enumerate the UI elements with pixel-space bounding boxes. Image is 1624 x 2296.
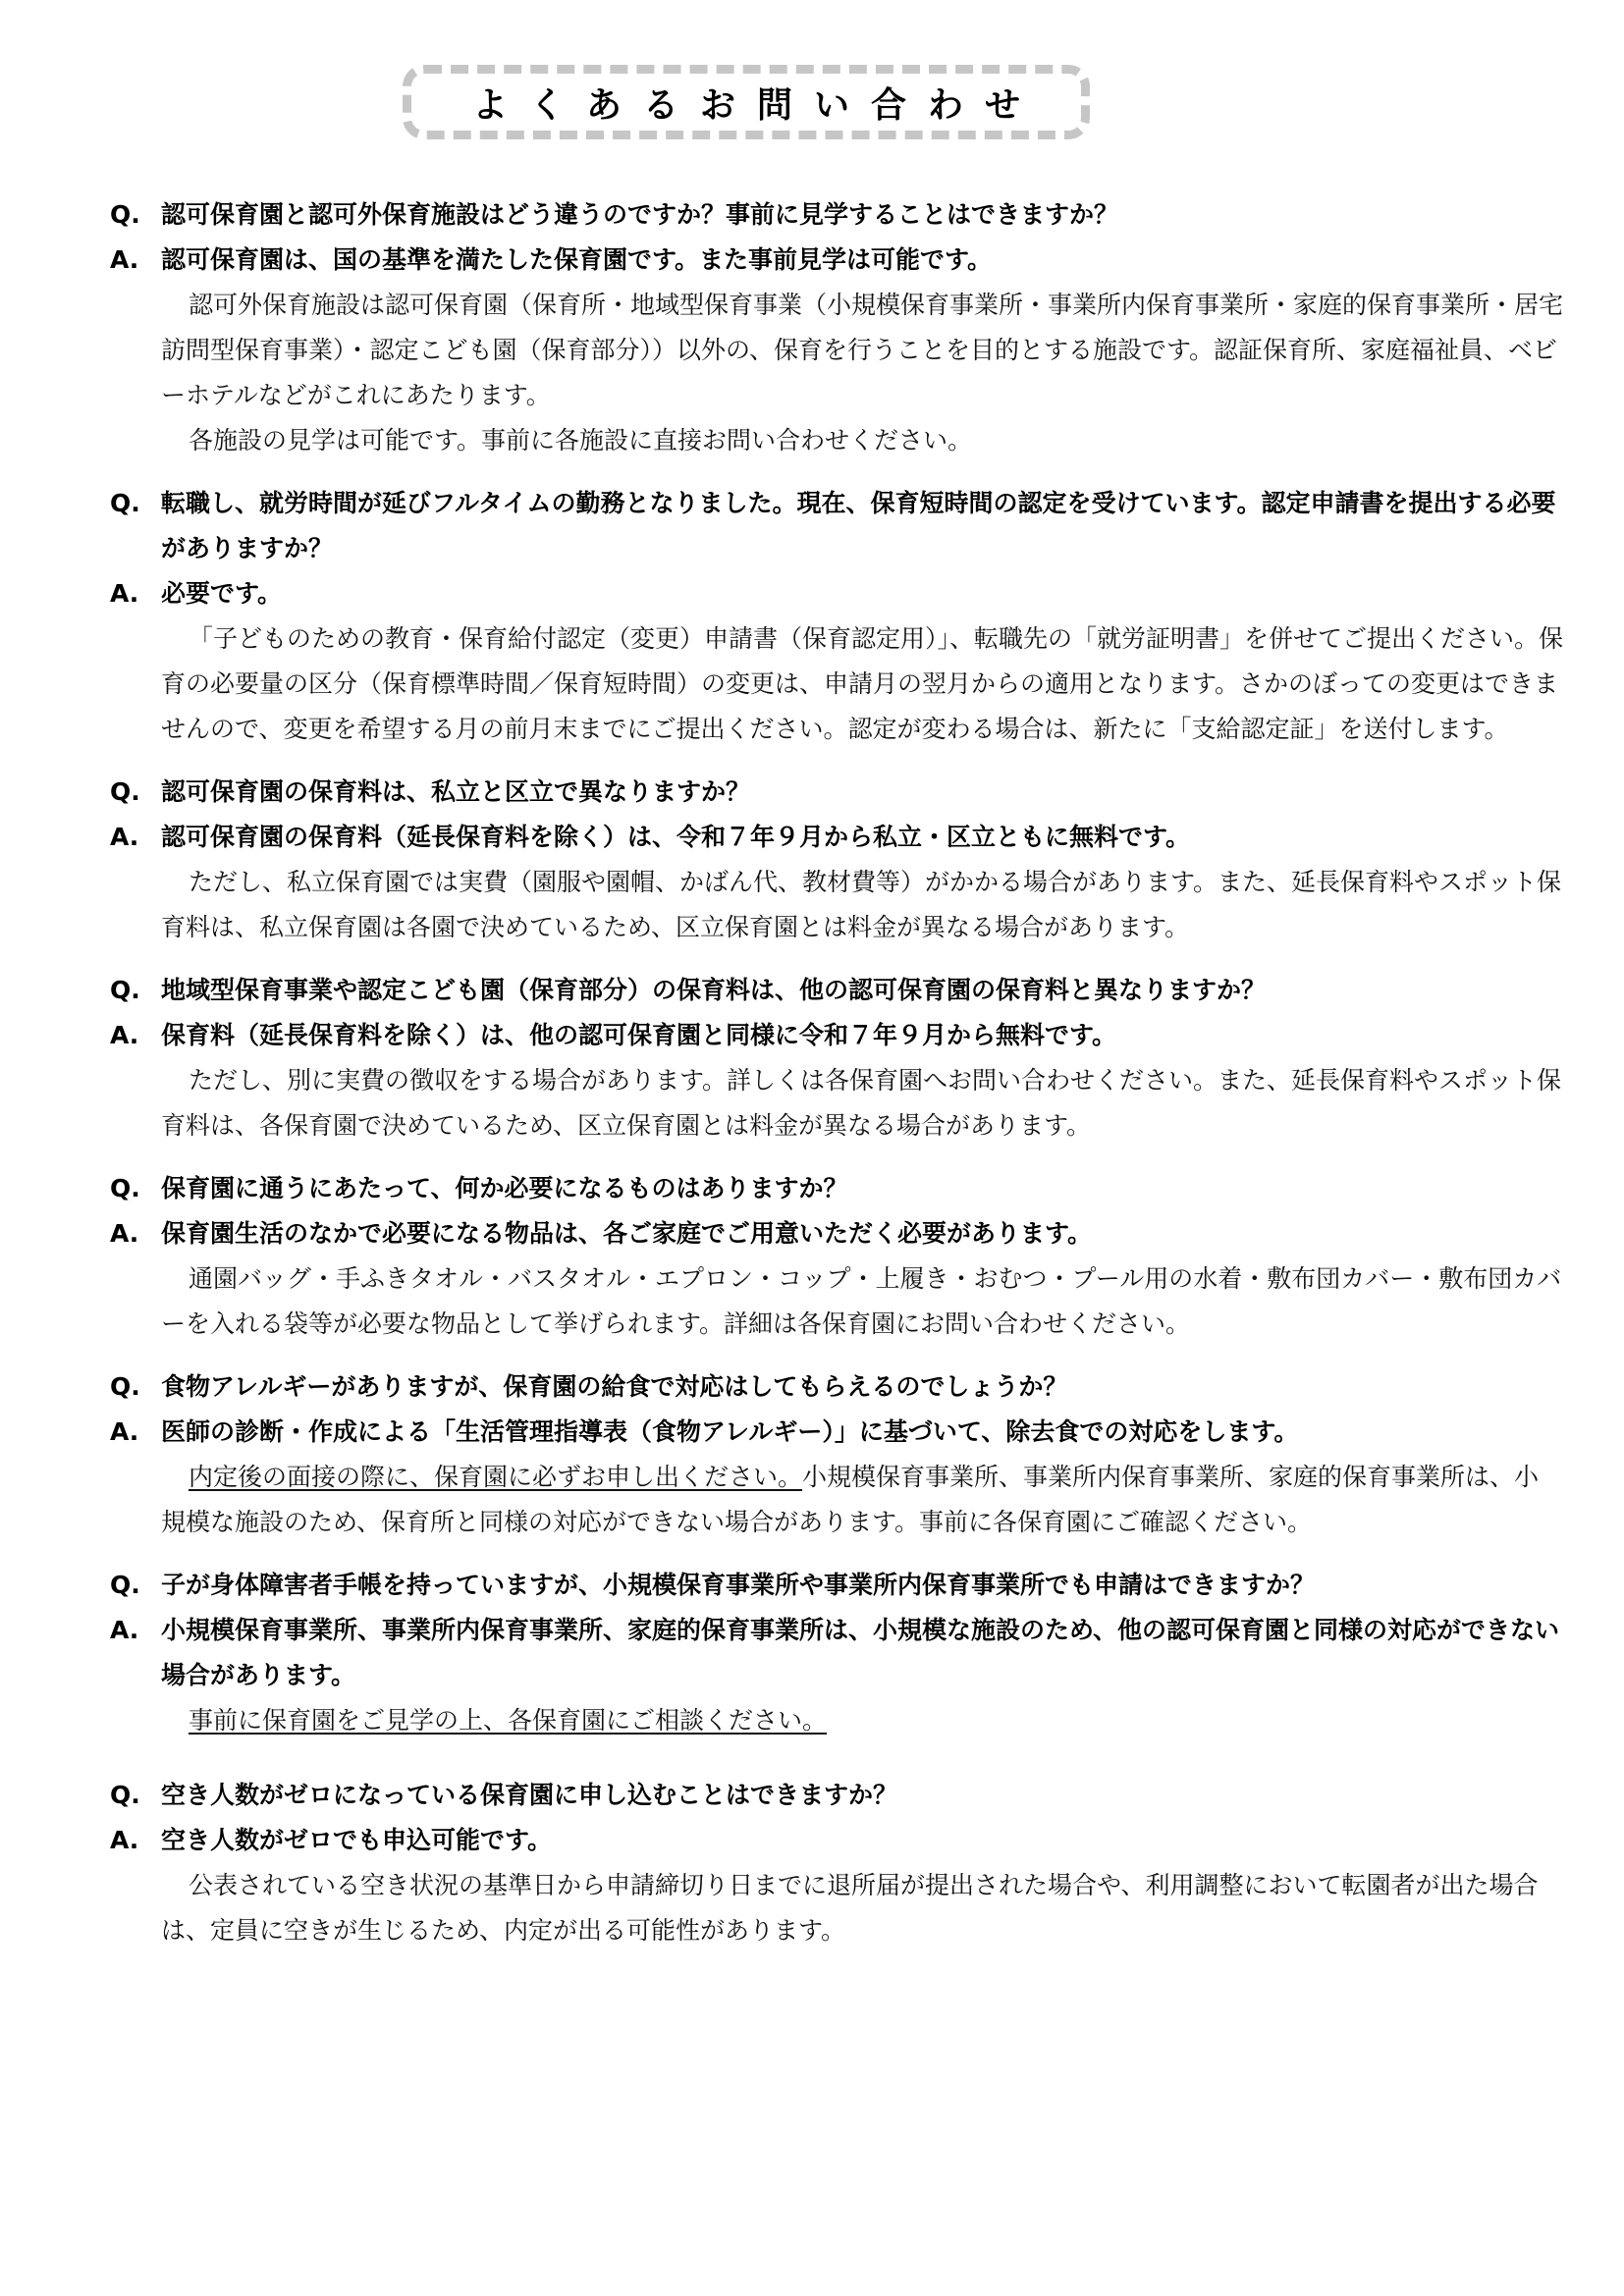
faq-item-7: Q. 子が身体障害者手帳を持っていますが、小規模保育事業所や事業所内保育事業所で…: [110, 1563, 1563, 1743]
answer-row: A. 医師の診断・作成による「生活管理指導表（食物アレルギー）」に基づいて、除去…: [110, 1410, 1563, 1455]
faq-item-8: Q. 空き人数がゼロになっている保育園に申し込むことはできますか？ A. 空き人…: [110, 1773, 1563, 1953]
q-mark: Q.: [110, 192, 161, 238]
faq-item-3: Q. 認可保育園の保育料は、私立と区立で異なりますか？ A. 認可保育園の保育料…: [110, 770, 1563, 950]
question-text: 認可保育園の保育料は、私立と区立で異なりますか？: [161, 770, 1563, 815]
faq-item-1: Q. 認可保育園と認可外保育施設はどう違うのですか？事前に見学することはできます…: [110, 192, 1563, 463]
page-title: よくあるお問い合わせ: [472, 78, 1042, 128]
question-row: Q. 保育園に通うにあたって、何か必要になるものはありますか？: [110, 1166, 1563, 1211]
q-mark: Q.: [110, 1166, 161, 1211]
answer-detail: 通園バッグ・手ふきタオル・バスタオル・エプロン・コップ・上履き・おむつ・プール用…: [161, 1256, 1563, 1347]
question-row: Q. 認可保育園の保育料は、私立と区立で異なりますか？: [110, 770, 1563, 815]
question-text: 認可保育園と認可外保育施設はどう違うのですか？事前に見学することはできますか？: [161, 192, 1563, 238]
a-mark: A.: [110, 1410, 161, 1455]
faq-item-2: Q. 転職し、就労時間が延びフルタイムの勤務となりました。現在、保育短時間の認定…: [110, 481, 1563, 752]
answer-detail: 認可外保育施設は認可保育園（保育所・地域型保育事業（小規模保育事業所・事業所内保…: [161, 283, 1563, 418]
question-row: Q. 子が身体障害者手帳を持っていますが、小規模保育事業所や事業所内保育事業所で…: [110, 1563, 1563, 1608]
answer-detail: 公表されている空き状況の基準日から申請締切り日までに退所届が提出された場合や、利…: [161, 1863, 1563, 1953]
question-text: 保育園に通うにあたって、何か必要になるものはありますか？: [161, 1166, 1563, 1211]
question-text: 食物アレルギーがありますが、保育園の給食で対応はしてもらえるのでしょうか？: [161, 1364, 1563, 1410]
question-text: 転職し、就労時間が延びフルタイムの勤務となりました。現在、保育短時間の認定を受け…: [161, 481, 1563, 571]
a-mark: A.: [110, 1211, 161, 1256]
a-mark: A.: [110, 1013, 161, 1058]
faq-item-5: Q. 保育園に通うにあたって、何か必要になるものはありますか？ A. 保育園生活…: [110, 1166, 1563, 1347]
a-mark: A.: [110, 815, 161, 860]
answer-row: A. 必要です。: [110, 571, 1563, 616]
answer-detail: 「子どものための教育・保育給付認定（変更）申請書（保育認定用）」、転職先の「就労…: [161, 616, 1563, 752]
answer-text: 医師の診断・作成による「生活管理指導表（食物アレルギー）」に基づいて、除去食での…: [161, 1410, 1563, 1455]
answer-row: A. 空き人数がゼロでも申込可能です。: [110, 1818, 1563, 1863]
q-mark: Q.: [110, 1773, 161, 1818]
question-row: Q. 認可保育園と認可外保育施設はどう違うのですか？事前に見学することはできます…: [110, 192, 1563, 238]
faq-list: Q. 認可保育園と認可外保育施設はどう違うのですか？事前に見学することはできます…: [110, 192, 1563, 1971]
q-mark: Q.: [110, 968, 161, 1013]
q-mark: Q.: [110, 1563, 161, 1608]
question-row: Q. 空き人数がゼロになっている保育園に申し込むことはできますか？: [110, 1773, 1563, 1818]
answer-row: A. 認可保育園は、国の基準を満たした保育園です。また事前見学は可能です。: [110, 238, 1563, 283]
answer-detail: 各施設の見学は可能です。事前に各施設に直接お問い合わせください。: [161, 418, 1563, 463]
answer-text: 保育園生活のなかで必要になる物品は、各ご家庭でご用意いただく必要があります。: [161, 1211, 1563, 1256]
faq-item-4: Q. 地域型保育事業や認定こども園（保育部分）の保育料は、他の認可保育園の保育料…: [110, 968, 1563, 1148]
faq-item-6: Q. 食物アレルギーがありますが、保育園の給食で対応はしてもらえるのでしょうか？…: [110, 1364, 1563, 1545]
answer-detail: ただし、別に実費の徴収をする場合があります。詳しくは各保育園へお問い合わせくださ…: [161, 1058, 1563, 1148]
answer-text: 認可保育園は、国の基準を満たした保育園です。また事前見学は可能です。: [161, 238, 1563, 283]
answer-row: A. 保育園生活のなかで必要になる物品は、各ご家庭でご用意いただく必要があります…: [110, 1211, 1563, 1256]
answer-detail: 内定後の面接の際に、保育園に必ずお申し出ください。小規模保育事業所、事業所内保育…: [161, 1455, 1563, 1545]
title-banner: よくあるお問い合わせ: [403, 65, 1090, 139]
answer-text: 必要です。: [161, 571, 1563, 616]
answer-text: 空き人数がゼロでも申込可能です。: [161, 1818, 1563, 1863]
question-row: Q. 転職し、就労時間が延びフルタイムの勤務となりました。現在、保育短時間の認定…: [110, 481, 1563, 571]
underlined-note: 内定後の面接の際に、保育園に必ずお申し出ください。: [189, 1463, 802, 1491]
a-mark: A.: [110, 571, 161, 616]
question-text: 空き人数がゼロになっている保育園に申し込むことはできますか？: [161, 1773, 1563, 1818]
question-text: 子が身体障害者手帳を持っていますが、小規模保育事業所や事業所内保育事業所でも申請…: [161, 1563, 1563, 1608]
answer-detail: 事前に保育園をご見学の上、各保育園にご相談ください。: [161, 1698, 1563, 1743]
answer-text: 認可保育園の保育料（延長保育料を除く）は、令和７年９月から私立・区立ともに無料で…: [161, 815, 1563, 860]
underlined-note: 事前に保育園をご見学の上、各保育園にご相談ください。: [189, 1706, 827, 1735]
a-mark: A.: [110, 238, 161, 283]
q-mark: Q.: [110, 770, 161, 815]
a-mark: A.: [110, 1818, 161, 1863]
q-mark: Q.: [110, 1364, 161, 1410]
answer-text: 保育料（延長保育料を除く）は、他の認可保育園と同様に令和７年９月から無料です。: [161, 1013, 1563, 1058]
a-mark: A.: [110, 1608, 161, 1698]
question-row: Q. 地域型保育事業や認定こども園（保育部分）の保育料は、他の認可保育園の保育料…: [110, 968, 1563, 1013]
answer-text: 小規模保育事業所、事業所内保育事業所、家庭的保育事業所は、小規模な施設のため、他…: [161, 1608, 1563, 1698]
answer-detail: ただし、私立保育園では実費（園服や園帽、かばん代、教材費等）がかかる場合がありま…: [161, 860, 1563, 950]
question-text: 地域型保育事業や認定こども園（保育部分）の保育料は、他の認可保育園の保育料と異な…: [161, 968, 1563, 1013]
answer-row: A. 認可保育園の保育料（延長保育料を除く）は、令和７年９月から私立・区立ともに…: [110, 815, 1563, 860]
q-mark: Q.: [110, 481, 161, 571]
answer-row: A. 保育料（延長保育料を除く）は、他の認可保育園と同様に令和７年９月から無料で…: [110, 1013, 1563, 1058]
answer-row: A. 小規模保育事業所、事業所内保育事業所、家庭的保育事業所は、小規模な施設のた…: [110, 1608, 1563, 1698]
question-row: Q. 食物アレルギーがありますが、保育園の給食で対応はしてもらえるのでしょうか？: [110, 1364, 1563, 1410]
